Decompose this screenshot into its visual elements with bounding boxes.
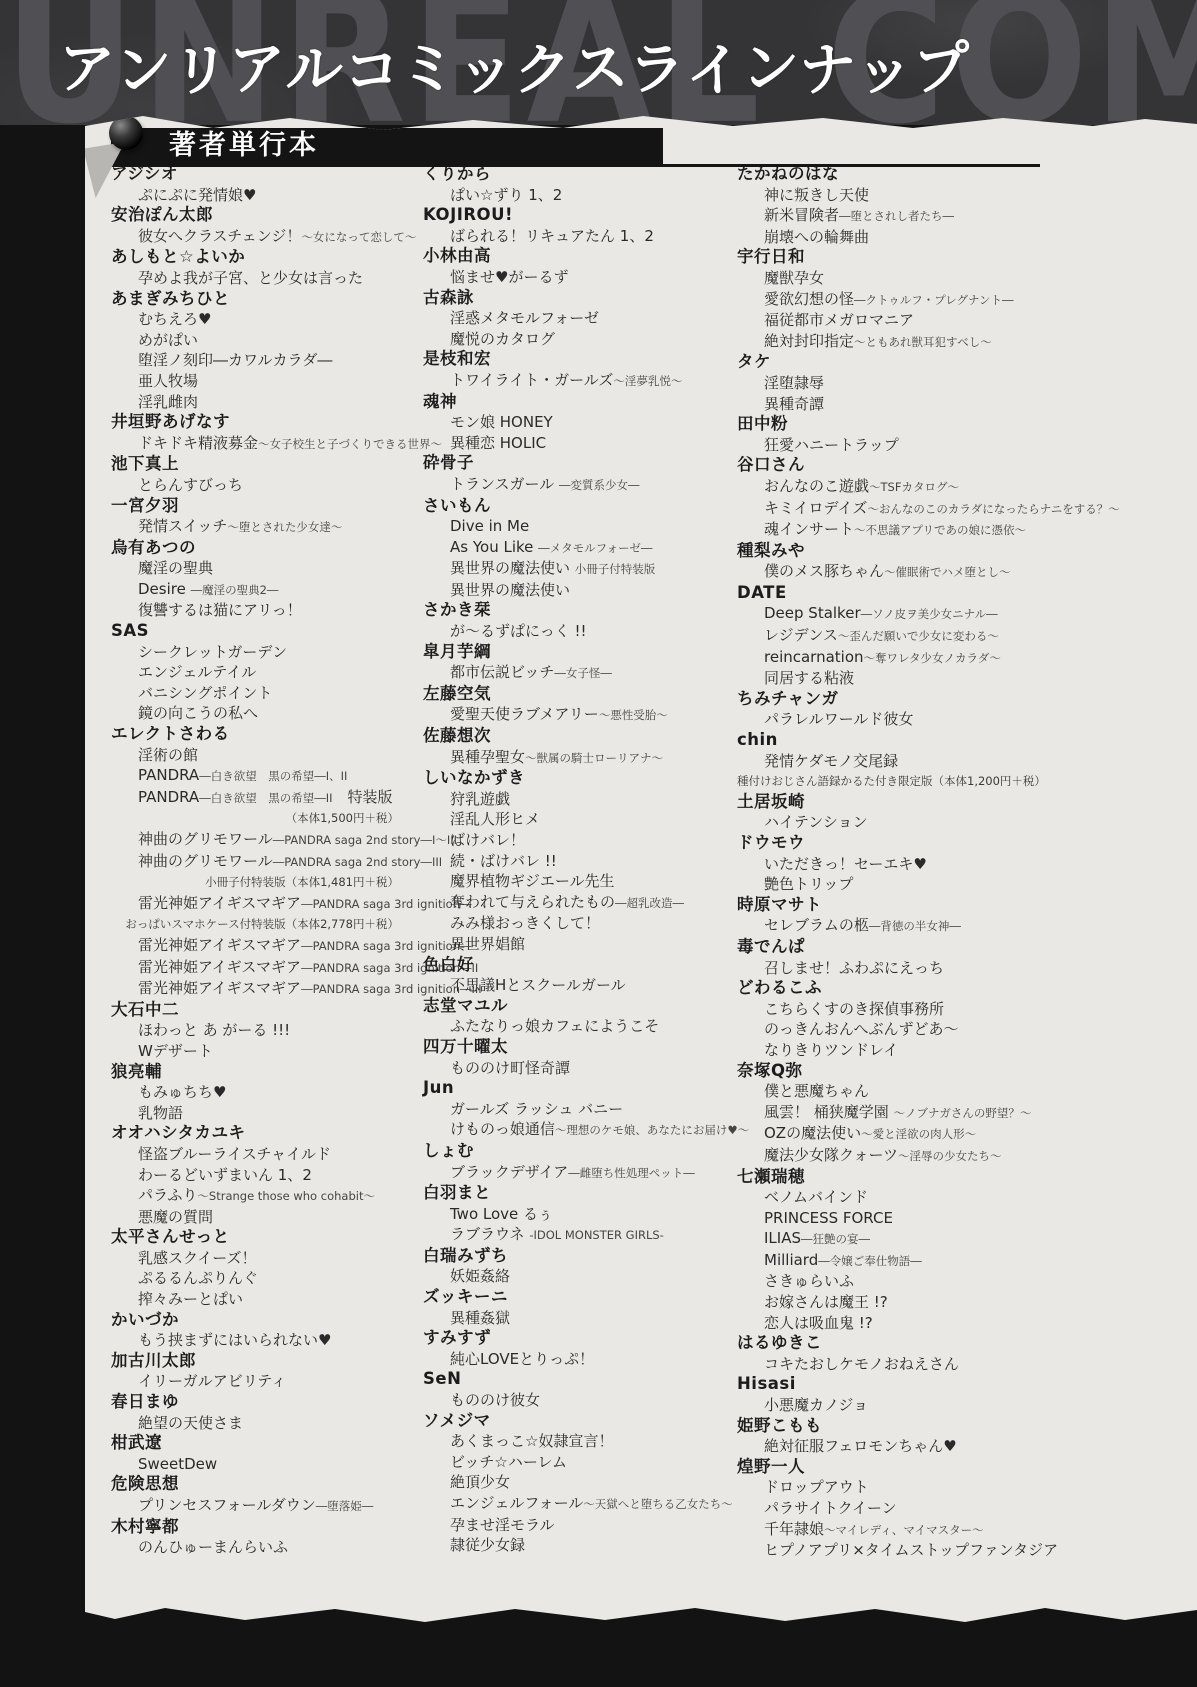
author-name: chin	[737, 730, 1023, 751]
work-title-text: OZの魔法使い	[764, 1124, 861, 1142]
work-title: 発情スイッチ～堕とされた少女達～	[111, 516, 399, 538]
work-title-text: 異種孕聖女	[450, 748, 525, 766]
work-subtitle: ―メタモルフォーゼ―	[538, 541, 652, 555]
work-title: もみゅちち♥	[111, 1082, 399, 1103]
work-title: モン娘 HONEY	[423, 412, 711, 433]
work-subtitle: ―変質系少女―	[559, 478, 640, 492]
work-title: もう挟まずにはいられない♥	[111, 1330, 399, 1351]
work-title: 奪われて与えられたもの―超乳改造―	[423, 892, 711, 914]
work-subtitle: ―狂艶の宴―	[801, 1232, 870, 1246]
work-subtitle: ―背徳の半女神―	[869, 919, 961, 933]
work-title: みみ様おっきくして！	[423, 913, 711, 934]
work-title: ばられる！リキュアたん 1、2	[423, 226, 711, 247]
work-title: 絶頂少女	[423, 1472, 711, 1493]
section-rule	[111, 164, 1040, 167]
page-title-char: ア	[56, 22, 117, 106]
work-title-text: 彼女へクラスチェンジ！	[138, 227, 301, 245]
author-name: どわるこふ	[737, 978, 1023, 999]
author-name: Jun	[423, 1078, 711, 1099]
author-name: 土居坂崎	[737, 792, 1023, 813]
author-name: 皐月芋綱	[423, 642, 711, 663]
work-title-text: 雷光神姫アイギスマギア	[138, 958, 301, 976]
author-name: 姫野こもも	[737, 1416, 1023, 1437]
author-name: はるゆきこ	[737, 1333, 1023, 1354]
page-title-char: ッ	[854, 24, 915, 108]
work-title: ふたなりっ娘カフェにようこそ	[423, 1016, 711, 1037]
work-subtitle: ～獣属の騎士ローリアナ～	[525, 751, 663, 765]
work-title: 雷光神姫アイギスマギア―PANDRA saga 3rd ignition―III	[111, 978, 399, 1000]
work-title: 愛欲幻想の怪―クトゥルフ・プレグナント―	[737, 289, 1023, 311]
work-title: ベノムバインド	[737, 1187, 1023, 1208]
work-title-text: 特装版	[333, 788, 393, 806]
work-title: 千年隷娘～マイレディ、マイマスター～	[737, 1519, 1023, 1541]
work-title: 神に叛きし天使	[737, 185, 1023, 206]
work-title: ほわっと あ がーる !!!	[111, 1020, 399, 1041]
work-edition-note: 小冊子付特装版（本体1,481円＋税）	[111, 872, 399, 893]
work-subtitle: ～天獄へと堕ちる乙女たち～	[583, 1497, 733, 1511]
work-title: 恋人は吸血鬼 !?	[737, 1313, 1023, 1334]
work-title-text: Deep Stalker	[764, 604, 861, 622]
work-title-text: 魔法少女隊クォーツ	[764, 1146, 898, 1164]
work-title: いただきっ！セーエキ♥	[737, 854, 1023, 875]
work-title: トワイライト・ガールズ～淫夢乳悦～	[423, 370, 711, 392]
work-title: 僕と悪魔ちゃん	[737, 1081, 1023, 1102]
paper-sheet: 著者単行本 アジシオぷにぷに発情娘♥安治ぽん太郎彼女へクラスチェンジ！～女になっ…	[85, 112, 1197, 1624]
author-name: 志堂マユル	[423, 996, 711, 1017]
work-title: レジデンス～歪んだ願いで少女に変わる～	[737, 625, 1023, 647]
work-title: バニシングポイント	[111, 683, 399, 704]
work-subtitle: ―ソノ皮ヲ美少女ニナル―	[861, 607, 998, 621]
column-1: アジシオぷにぷに発情娘♥安治ぽん太郎彼女へクラスチェンジ！～女になって恋して～あ…	[111, 164, 399, 1558]
author-name: 大石中二	[111, 1000, 399, 1021]
author-name: KOJIROU!	[423, 205, 711, 226]
work-title: 続・ばけバレ !!	[423, 851, 711, 872]
work-title: エンジェルフォール～天獄へと堕ちる乙女たち～	[423, 1493, 711, 1515]
work-title: 堕淫ノ刻印―カワルカラダ―	[111, 350, 399, 371]
page-title-char: ナ	[797, 23, 858, 108]
author-name: しいなかずき	[423, 768, 711, 789]
work-subtitle: ～Strange those who cohabit～	[197, 1189, 375, 1203]
author-name: 白瑞みずち	[423, 1246, 711, 1267]
work-subtitle: ～ともあれ獣耳犯すべし～	[854, 335, 992, 349]
work-subtitle: ～マイレディ、マイマスター～	[824, 1523, 984, 1537]
author-name: かいづか	[111, 1310, 399, 1331]
work-subtitle: ―PANDRA saga 2nd story―III	[273, 855, 442, 869]
work-title: プリンセスフォールダウン―堕落姫―	[111, 1495, 399, 1517]
work-title: わーるどいずまいん 1、2	[111, 1165, 399, 1186]
author-name: DATE	[737, 583, 1023, 604]
author-name: SeN	[423, 1369, 711, 1390]
work-title: 悩ませ♥がーるず	[423, 267, 711, 288]
work-edition-note: おっぱいスマホケース付特装版（本体2,778円＋税）	[111, 914, 399, 935]
work-title: 不思議Hとスクールガール	[423, 975, 711, 996]
work-title-text: 都市伝説ビッチ	[450, 663, 554, 681]
work-title: 絶対封印指定～ともあれ獣耳犯すべし～	[737, 331, 1023, 353]
author-name: ドウモウ	[737, 833, 1023, 854]
author-name: オオハシタカユキ	[111, 1123, 399, 1144]
work-title-text: 雷光神姫アイギスマギア	[138, 979, 301, 997]
author-name: 佐藤想次	[423, 726, 711, 747]
work-subtitle: ～淫辱の少女たち～	[898, 1149, 1002, 1163]
work-title: 異世界の魔法使い	[423, 580, 711, 601]
work-title: 怪盗ブルーライスチャイルド	[111, 1144, 399, 1165]
work-title: 乳感スクイーズ！	[111, 1248, 399, 1269]
work-title-text: 異世界の魔法使い	[450, 559, 575, 577]
work-title: むちえろ♥	[111, 309, 399, 330]
work-title: SweetDew	[111, 1454, 399, 1475]
work-title-text: 風雲！ 桶狭魔学園	[764, 1103, 894, 1121]
work-title: 乳物語	[111, 1103, 399, 1124]
page-header: UNREAL COM アンリアルコミックスラインナップ	[0, 0, 1197, 125]
author-name: 烏有あつの	[111, 538, 399, 559]
work-title: 魔界植物ギジエール先生	[423, 871, 711, 892]
work-title-text: セレブラムの柩	[764, 916, 869, 934]
author-name: 左藤空気	[423, 684, 711, 705]
work-title: Milliard―令嬢ご奉仕物語―	[737, 1250, 1023, 1272]
work-title: PANDRA―白き欲望 黒の希望―I、II	[111, 765, 399, 787]
work-subtitle: -IDOL MONSTER GIRLS-	[529, 1228, 663, 1242]
page-title-char: ス	[569, 22, 630, 107]
work-title: のっきんおんへぶんずどあ～	[737, 1019, 1023, 1040]
work-title-text: ドキドキ精液募金	[138, 434, 258, 452]
work-title: As You Like ―メタモルフォーゼ―	[423, 537, 711, 559]
author-name: 危険思想	[111, 1474, 399, 1495]
work-title-text: 神曲のグリモワール	[138, 830, 273, 848]
work-subtitle: ―魔淫の聖典2―	[191, 583, 279, 597]
author-name: 安治ぽん太郎	[111, 205, 399, 226]
work-title: 搾々みーとぱい	[111, 1289, 399, 1310]
work-title: ILIAS―狂艶の宴―	[737, 1228, 1023, 1250]
work-edition-note: 種付けおじさん語録かるた付き限定版（本体1,200円＋税）	[737, 771, 1023, 792]
work-subtitle: ～奪ワレタ少女ノカラダ～	[864, 651, 1001, 665]
work-title-text: 愛欲幻想の怪	[764, 290, 854, 308]
work-title: 同居する粘液	[737, 668, 1023, 689]
work-title: 純心LOVEとりっぷ！	[423, 1349, 711, 1370]
work-title: Two Love るぅ	[423, 1204, 711, 1225]
work-title: キミイロデイズ～おんなのこのカラダになったらナニをする？～	[737, 498, 1023, 520]
work-title-text: キミイロデイズ	[764, 499, 867, 517]
section-title: 著者単行本	[111, 128, 663, 164]
author-name: すみすず	[423, 1328, 711, 1349]
author-name: 一宮夕羽	[111, 496, 399, 517]
work-title: ドキドキ精液募金～女子校生と子づくりできる世界～	[111, 433, 399, 455]
author-name: 谷口さん	[737, 455, 1023, 476]
page-title-char: ン	[113, 23, 174, 108]
work-title: もののけ町怪奇譚	[423, 1058, 711, 1079]
work-title: めがぱい	[111, 330, 399, 351]
work-title: ぷにぷに発情娘♥	[111, 185, 399, 206]
work-title: エンジェルテイル	[111, 662, 399, 683]
page-title: アンリアルコミックスラインナップ	[58, 24, 970, 106]
work-title: 彼女へクラスチェンジ！～女になって恋して～	[111, 226, 399, 248]
work-subtitle: ―超乳改造―	[615, 896, 684, 910]
work-title: 僕のメス豚ちゃん～催眠術でハメ堕とし～	[737, 561, 1023, 583]
page-title-char: リ	[170, 24, 231, 108]
work-title: 崩壊への輪舞曲	[737, 227, 1023, 248]
work-title-text: ILIAS	[764, 1229, 801, 1247]
work-subtitle: ―白き欲望 黒の希望―I、II	[199, 769, 347, 783]
page-title-char: ル	[284, 23, 345, 107]
work-title: のんひゅーまんらいふ	[111, 1537, 399, 1558]
work-subtitle: ～TSFカタログ～	[869, 480, 959, 494]
work-subtitle: ―堕落姫―	[316, 1499, 374, 1513]
work-title: 新米冒険者―堕とされし者たち―	[737, 205, 1023, 227]
author-name: 木村寧都	[111, 1517, 399, 1538]
work-title-text: おんなのこ遊戯	[764, 477, 869, 495]
author-name: アジシオ	[111, 164, 399, 185]
work-title: 異世界の魔法使い 小冊子付特装版	[423, 558, 711, 580]
work-title: 異種恋 HOLIC	[423, 433, 711, 454]
work-title: Desire ―魔淫の聖典2―	[111, 579, 399, 601]
work-title: 艶色トリップ	[737, 874, 1023, 895]
work-title-text: 新米冒険者	[764, 206, 839, 224]
work-title: シークレットガーデン	[111, 642, 399, 663]
work-title-text: 魂インサート	[764, 520, 854, 538]
author-name: さかき栞	[423, 600, 711, 621]
page-title-char: ア	[227, 22, 288, 107]
author-name: エレクトさわる	[111, 724, 399, 745]
work-title: トランスガール ―変質系少女―	[423, 474, 711, 496]
work-subtitle: ～女になって恋して～	[301, 230, 416, 244]
work-title: あくまっこ☆奴隷宣言！	[423, 1431, 711, 1452]
work-title: 狂愛ハニートラップ	[737, 435, 1023, 456]
work-title: パラレルワールド彼女	[737, 709, 1023, 730]
work-subtitle: ―堕とされし者たち―	[839, 209, 954, 223]
work-subtitle: ～女子校生と子づくりできる世界～	[258, 437, 442, 451]
work-title: 魂インサート～不思議アプリであの娘に憑依～	[737, 519, 1023, 541]
work-title-text: 雷光神姫アイギスマギア	[138, 936, 301, 954]
work-title: 淫堕隷辱	[737, 373, 1023, 394]
author-name: 奈塚Q弥	[737, 1061, 1023, 1082]
work-title: けものっ娘通信～理想のケモ娘、あなたにお届け♥～	[423, 1119, 711, 1141]
work-title-text: レジデンス	[764, 626, 838, 644]
work-subtitle: ～ノブナガさんの野望？～	[894, 1106, 1032, 1120]
work-title: 異世界娼館	[423, 934, 711, 955]
work-subtitle: ～おんなのこのカラダになったらナニをする？～	[867, 502, 1119, 516]
work-subtitle: ―白き欲望 黒の希望―II	[199, 791, 332, 805]
work-title: Dive in Me	[423, 516, 711, 537]
work-title: とらんすびっち	[111, 475, 399, 496]
work-title: 神曲のグリモワール―PANDRA saga 2nd story―I～III	[111, 829, 399, 851]
work-title-text: パラふり	[138, 1186, 197, 1204]
work-title: 召しませ！ふわぷにえっち	[737, 958, 1023, 979]
author-name: たかねのはな	[737, 164, 1023, 185]
work-title: ぱい☆ずり 1、2	[423, 185, 711, 206]
work-title-text: トワイライト・ガールズ	[450, 371, 613, 389]
work-title: 淫惑メタモルフォーゼ	[423, 308, 711, 329]
work-title: おんなのこ遊戯～TSFカタログ～	[737, 476, 1023, 498]
work-subtitle: ―クトゥルフ・プレグナント―	[854, 293, 1013, 307]
author-name: 宇行日和	[737, 247, 1023, 268]
work-title: ヒプノアプリ×タイムストップファンタジア	[737, 1540, 1023, 1561]
work-title-text: 愛聖天使ラブメアリー	[450, 705, 599, 723]
work-title-text: けものっ娘通信	[450, 1120, 555, 1138]
work-title: 魔淫の聖典	[111, 558, 399, 579]
author-name: 柑武遼	[111, 1433, 399, 1454]
work-title-text: 発情スイッチ	[138, 517, 227, 535]
author-name: 時原マサト	[737, 895, 1023, 916]
work-title-text: プリンセスフォールダウン	[138, 1496, 316, 1514]
work-subtitle: ～堕とされた少女達～	[227, 520, 342, 534]
work-title: 発情ケダモノ交尾録	[737, 751, 1023, 772]
author-name: 是枝和宏	[423, 349, 711, 370]
work-title: ばけバレ！	[423, 830, 711, 851]
work-subtitle: ～愛と淫欲の肉人形～	[861, 1127, 976, 1141]
work-title: 孕ませ淫モラル	[423, 1515, 711, 1536]
work-title: 神曲のグリモワール―PANDRA saga 2nd story―III	[111, 851, 399, 873]
work-subtitle: ―女子怪―	[554, 666, 612, 680]
page-title-char: プ	[911, 22, 972, 107]
work-title-text: ブラックデザイア	[450, 1163, 568, 1181]
author-name: 白羽まと	[423, 1183, 711, 1204]
author-name: タケ	[737, 352, 1023, 373]
work-subtitle: ―雌堕ち性処理ペット―	[568, 1166, 695, 1180]
work-title: 魔悦のカタログ	[423, 329, 711, 350]
page-title-char: イ	[683, 24, 744, 109]
page-title-char: コ	[341, 24, 402, 109]
work-title: 福従都市メガロマニア	[737, 310, 1023, 331]
work-title-text: PANDRA	[138, 766, 199, 784]
work-title: 隷従少女録	[423, 1535, 711, 1556]
work-title-text: PANDRA	[138, 788, 199, 806]
work-title: コキたおしケモノおねえさん	[737, 1354, 1023, 1375]
work-title: ビッチ☆ハーレム	[423, 1452, 711, 1473]
work-title-text: エンジェルフォール	[450, 1494, 583, 1512]
work-subtitle: ～催眠術でハメ堕とし～	[884, 565, 1011, 579]
work-title-text: ラブラウネ	[450, 1225, 529, 1243]
author-name: さいもん	[423, 496, 711, 517]
author-name: 小林由高	[423, 246, 711, 267]
work-title: 淫乳雌肉	[111, 392, 399, 413]
page-title-char: ラ	[626, 23, 687, 107]
work-title: 愛聖天使ラブメアリー～悪性受胎～	[423, 704, 711, 726]
work-title: 都市伝説ビッチ―女子怪―	[423, 662, 711, 684]
work-title: 亜人牧場	[111, 371, 399, 392]
author-name: 加古川太郎	[111, 1351, 399, 1372]
page-title-char: ッ	[455, 23, 516, 108]
work-title: Deep Stalker―ソノ皮ヲ美少女ニナル―	[737, 603, 1023, 625]
work-title-text: As You Like	[450, 538, 538, 556]
pushpin-icon	[109, 116, 143, 150]
work-subtitle: ～理想のケモ娘、あなたにお届け♥～	[555, 1123, 749, 1137]
author-name: ソメジマ	[423, 1411, 711, 1432]
work-title: PRINCESS FORCE	[737, 1208, 1023, 1229]
author-name: 春日まゆ	[111, 1392, 399, 1413]
work-title: 狩乳遊戯	[423, 789, 711, 810]
author-name: しょむ	[423, 1141, 711, 1162]
author-name: 井垣野あげなす	[111, 412, 399, 433]
work-title: 異種奇譚	[737, 394, 1023, 415]
author-name: 狼亮輔	[111, 1062, 399, 1083]
author-name: SAS	[111, 621, 399, 642]
column-2: くりからぱい☆ずり 1、2KOJIROU!ばられる！リキュアたん 1、2小林由高…	[423, 164, 711, 1556]
work-title: reincarnation～奪ワレタ少女ノカラダ～	[737, 647, 1023, 669]
work-title: 魔獣孕女	[737, 268, 1023, 289]
author-name: 古森詠	[423, 288, 711, 309]
work-edition-note: （本体1,500円＋税）	[111, 808, 399, 829]
work-title: 復讐するは猫にアリっ！	[111, 600, 399, 621]
author-name: 七瀬瑞穂	[737, 1167, 1023, 1188]
work-title: PANDRA―白き欲望 黒の希望―II 特装版	[111, 787, 399, 809]
work-subtitle: ～不思議アプリであの娘に憑依～	[854, 523, 1026, 537]
work-title: ガールズ ラッシュ バニー	[423, 1099, 711, 1120]
work-subtitle: ～歪んだ願いで少女に変わる～	[838, 629, 999, 643]
work-title-text: 神曲のグリモワール	[138, 852, 273, 870]
work-title: パラふり～Strange those who cohabit～	[111, 1185, 399, 1207]
work-title: 異種孕聖女～獣属の騎士ローリアナ～	[423, 747, 711, 769]
work-title: お嫁さんは魔王 !?	[737, 1292, 1023, 1313]
work-title-text: 雷光神姫アイギスマギア	[138, 894, 301, 912]
work-title: 小悪魔カノジョ	[737, 1395, 1023, 1416]
work-subtitle: ～悪性受胎～	[599, 708, 668, 722]
author-name: 種梨みや	[737, 541, 1023, 562]
work-title: OZの魔法使い～愛と淫欲の肉人形～	[737, 1123, 1023, 1145]
work-title: 悪魔の質問	[111, 1207, 399, 1228]
work-title: 雷光神姫アイギスマギア―PANDRA saga 3rd ignition―II	[111, 957, 399, 979]
work-title: こちらくすのき探偵事務所	[737, 999, 1023, 1020]
work-subtitle: ―令嬢ご奉仕物語―	[818, 1254, 922, 1268]
work-title: 雷光神姫アイギスマギア―PANDRA saga 3rd ignition―	[111, 893, 399, 915]
author-name: ちみチャンガ	[737, 689, 1023, 710]
work-title-text: reincarnation	[764, 648, 864, 666]
work-title: 異種姦獄	[423, 1308, 711, 1329]
work-title: 鏡の向こうの私へ	[111, 703, 399, 724]
work-title: 絶対征服フェロモンちゃん♥	[737, 1436, 1023, 1457]
column-3: たかねのはな神に叛きし天使新米冒険者―堕とされし者たち―崩壊への輪舞曲宇行日和魔…	[737, 164, 1023, 1561]
work-title: さきゅらいふ	[737, 1271, 1023, 1292]
work-title: 孕めよ我が子宮、と少女は言った	[111, 268, 399, 289]
work-title-text: Milliard	[764, 1251, 818, 1269]
work-title-text: 僕のメス豚ちゃん	[764, 562, 884, 580]
work-title: 雷光神姫アイギスマギア―PANDRA saga 3rd ignition―	[111, 935, 399, 957]
page-title-char: ン	[740, 22, 801, 106]
work-title: 妖姫姦絡	[423, 1266, 711, 1287]
work-title: 淫乱人形ヒメ	[423, 809, 711, 830]
work-title: パラサイトクイーン	[737, 1498, 1023, 1519]
work-subtitle: 小冊子付特装版	[575, 562, 656, 576]
author-name: くりから	[423, 164, 711, 185]
work-title: 風雲！ 桶狭魔学園 ～ノブナガさんの野望？～	[737, 1102, 1023, 1124]
work-title-text: 千年隷娘	[764, 1520, 824, 1538]
work-title: 淫術の館	[111, 745, 399, 766]
author-name: 砕骨子	[423, 453, 711, 474]
work-title: 絶望の天使さま	[111, 1413, 399, 1434]
author-name: 田中粉	[737, 414, 1023, 435]
work-title: セレブラムの柩―背徳の半女神―	[737, 915, 1023, 937]
work-title: Wデザート	[111, 1041, 399, 1062]
author-name: Hisasi	[737, 1374, 1023, 1395]
work-title-text: トランスガール	[450, 475, 559, 493]
author-name: 池下真上	[111, 454, 399, 475]
work-title: ハイテンション	[737, 812, 1023, 833]
section-title-bar: 著者単行本	[111, 128, 663, 164]
work-title: 魔法少女隊クォーツ～淫辱の少女たち～	[737, 1145, 1023, 1167]
work-title-text: Desire	[138, 580, 191, 598]
work-title: ラブラウネ -IDOL MONSTER GIRLS-	[423, 1224, 711, 1246]
page-title-char: ミ	[398, 22, 459, 106]
work-title-text: 絶対封印指定	[764, 332, 854, 350]
author-name: 色白好	[423, 955, 711, 976]
author-name: ズッキーニ	[423, 1287, 711, 1308]
work-title-text: 発情ケダモノ交尾録	[764, 752, 898, 770]
work-subtitle: ～淫夢乳悦～	[613, 374, 682, 388]
author-name: 毒でんぱ	[737, 937, 1023, 958]
work-title-text: 奪われて与えられたもの	[450, 893, 615, 911]
work-title: が～るずぱにっく !!	[423, 621, 711, 642]
work-title: ドロップアウト	[737, 1477, 1023, 1498]
page-title-char: ク	[512, 24, 573, 108]
author-name: 四万十曜太	[423, 1037, 711, 1058]
